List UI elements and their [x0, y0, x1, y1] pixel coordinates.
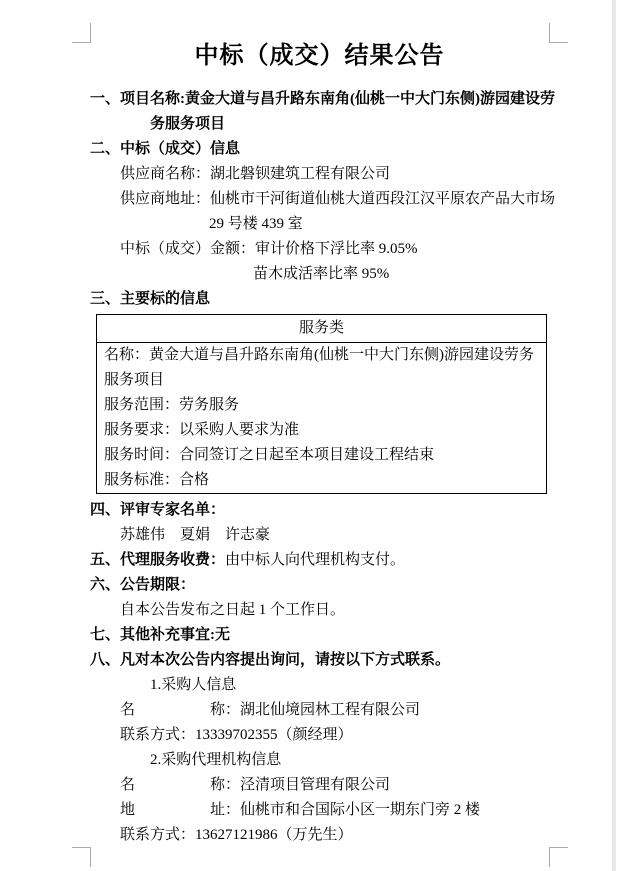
table-row: 名称：黄金大道与昌升路东南角(仙桃一中大门东侧)游园建设劳务服务项目 — [97, 343, 547, 394]
body-lines-after-table: 四、评审专家名单：苏雄伟 夏娟 许志豪五、代理服务收费：由中标人向代理机构支付。… — [90, 498, 549, 848]
body-lines-before-table: 一、项目名称:黄金大道与昌升路东南角(仙桃一中大门东侧)游园建设劳务服务项目二、… — [90, 87, 549, 312]
text-line: 苗木成活率比率 95% — [90, 262, 549, 287]
text-segment: 供应商名称：湖北磐钡建筑工程有限公司 — [120, 166, 390, 182]
text-segment: 三、主要标的信息 — [90, 291, 210, 307]
text-boundary-mark-bottom-right — [549, 847, 568, 867]
text-segment: 1.采购人信息 — [150, 677, 236, 693]
text-segment: 务服务项目 — [150, 116, 225, 132]
table-row: 服务要求：以采购人要求为准 — [97, 418, 547, 443]
text-segment: 名 称：湖北仙境园林工程有限公司 — [120, 702, 420, 718]
text-line: 一、项目名称:黄金大道与昌升路东南角(仙桃一中大门东侧)游园建设劳 — [90, 87, 549, 112]
text-segment: 二、中标（成交）信息 — [90, 141, 240, 157]
table-row: 服务时间：合同签订之日起至本项目建设工程结束 — [97, 443, 547, 468]
text-segment: 29 号楼 439 室 — [209, 216, 303, 232]
text-line: 苏雄伟 夏娟 许志豪 — [90, 523, 549, 548]
table-row: 服务标准：合格 — [97, 468, 547, 494]
text-segment: 一、项目名称:黄金大道与昌升路东南角(仙桃一中大门东侧)游园建设劳 — [90, 91, 555, 107]
text-line: 三、主要标的信息 — [90, 287, 549, 312]
document-content: 中标（成交）结果公告 一、项目名称:黄金大道与昌升路东南角(仙桃一中大门东侧)游… — [90, 40, 549, 848]
text-line: 名 称：湖北仙境园林工程有限公司 — [90, 698, 549, 723]
table-row: 服务范围：劳务服务 — [97, 393, 547, 418]
text-segment: 自本公告发布之日起 1 个工作日。 — [120, 602, 345, 618]
text-segment: 中标（成交）金额：审计价格下浮比率 9.05% — [120, 241, 418, 257]
text-segment: 八、凡对本次公告内容提出询问，请按以下方式联系。 — [90, 652, 450, 668]
text-boundary-mark-top-left — [72, 23, 91, 43]
text-line: 五、代理服务收费：由中标人向代理机构支付。 — [90, 548, 549, 573]
text-line: 联系方式：13339702355（颜经理） — [90, 723, 549, 748]
text-segment: 地 址：仙桃市和合国际小区一期东门旁 2 楼 — [120, 802, 480, 818]
text-segment: 苏雄伟 夏娟 许志豪 — [120, 527, 270, 543]
text-line: 八、凡对本次公告内容提出询问，请按以下方式联系。 — [90, 648, 549, 673]
text-segment: 联系方式：13627121986（万先生） — [120, 827, 353, 843]
text-line: 供应商地址：仙桃市干河街道仙桃大道西段江汉平原农产品大市场 — [90, 187, 549, 212]
text-boundary-mark-top-right — [549, 23, 568, 43]
table-cell: 服务范围：劳务服务 — [97, 393, 547, 418]
text-line: 联系方式：13627121986（万先生） — [90, 823, 549, 848]
page-edge-strip — [612, 0, 616, 871]
page-title: 中标（成交）结果公告 — [90, 40, 549, 73]
text-line: 六、公告期限： — [90, 573, 549, 598]
table-cell: 服务标准：合格 — [97, 468, 547, 494]
text-segment: 名 称：泾清项目管理有限公司 — [120, 777, 390, 793]
document-page: { "title": "中标（成交）结果公告", "colors": { "te… — [0, 0, 618, 871]
table-cell: 服务时间：合同签订之日起至本项目建设工程结束 — [97, 443, 547, 468]
text-line: 七、其他补充事宜:无 — [90, 623, 549, 648]
text-line: 四、评审专家名单： — [90, 498, 549, 523]
service-info-table: 服务类 名称：黄金大道与昌升路东南角(仙桃一中大门东侧)游园建设劳务服务项目服务… — [96, 314, 547, 494]
text-line: 二、中标（成交）信息 — [90, 137, 549, 162]
text-segment: 四、评审专家名单： — [90, 502, 225, 518]
text-line: 供应商名称：湖北磐钡建筑工程有限公司 — [90, 162, 549, 187]
text-line: 中标（成交）金额：审计价格下浮比率 9.05% — [90, 237, 549, 262]
text-segment: 五、代理服务收费： — [90, 552, 225, 568]
text-segment: 供应商地址：仙桃市干河街道仙桃大道西段江汉平原农产品大市场 — [120, 191, 555, 207]
text-line: 29 号楼 439 室 — [90, 212, 549, 237]
text-line: 1.采购人信息 — [90, 673, 549, 698]
text-segment: 苗木成活率比率 95% — [253, 266, 389, 282]
text-line: 2.采购代理机构信息 — [90, 748, 549, 773]
text-line: 名 称：泾清项目管理有限公司 — [90, 773, 549, 798]
text-segment: 2.采购代理机构信息 — [150, 752, 281, 768]
text-line: 地 址：仙桃市和合国际小区一期东门旁 2 楼 — [90, 798, 549, 823]
table-header-row: 服务类 — [97, 315, 547, 343]
table-header-cell: 服务类 — [97, 315, 547, 343]
text-segment: 七、其他补充事宜:无 — [90, 627, 230, 643]
text-segment: 由中标人向代理机构支付。 — [225, 552, 405, 568]
table-cell: 名称：黄金大道与昌升路东南角(仙桃一中大门东侧)游园建设劳务服务项目 — [97, 343, 547, 394]
text-line: 自本公告发布之日起 1 个工作日。 — [90, 598, 549, 623]
text-segment: 联系方式：13339702355（颜经理） — [120, 727, 353, 743]
text-boundary-mark-bottom-left — [72, 847, 91, 867]
table-cell: 服务要求：以采购人要求为准 — [97, 418, 547, 443]
text-line: 务服务项目 — [90, 112, 549, 137]
text-segment: 六、公告期限： — [90, 577, 195, 593]
